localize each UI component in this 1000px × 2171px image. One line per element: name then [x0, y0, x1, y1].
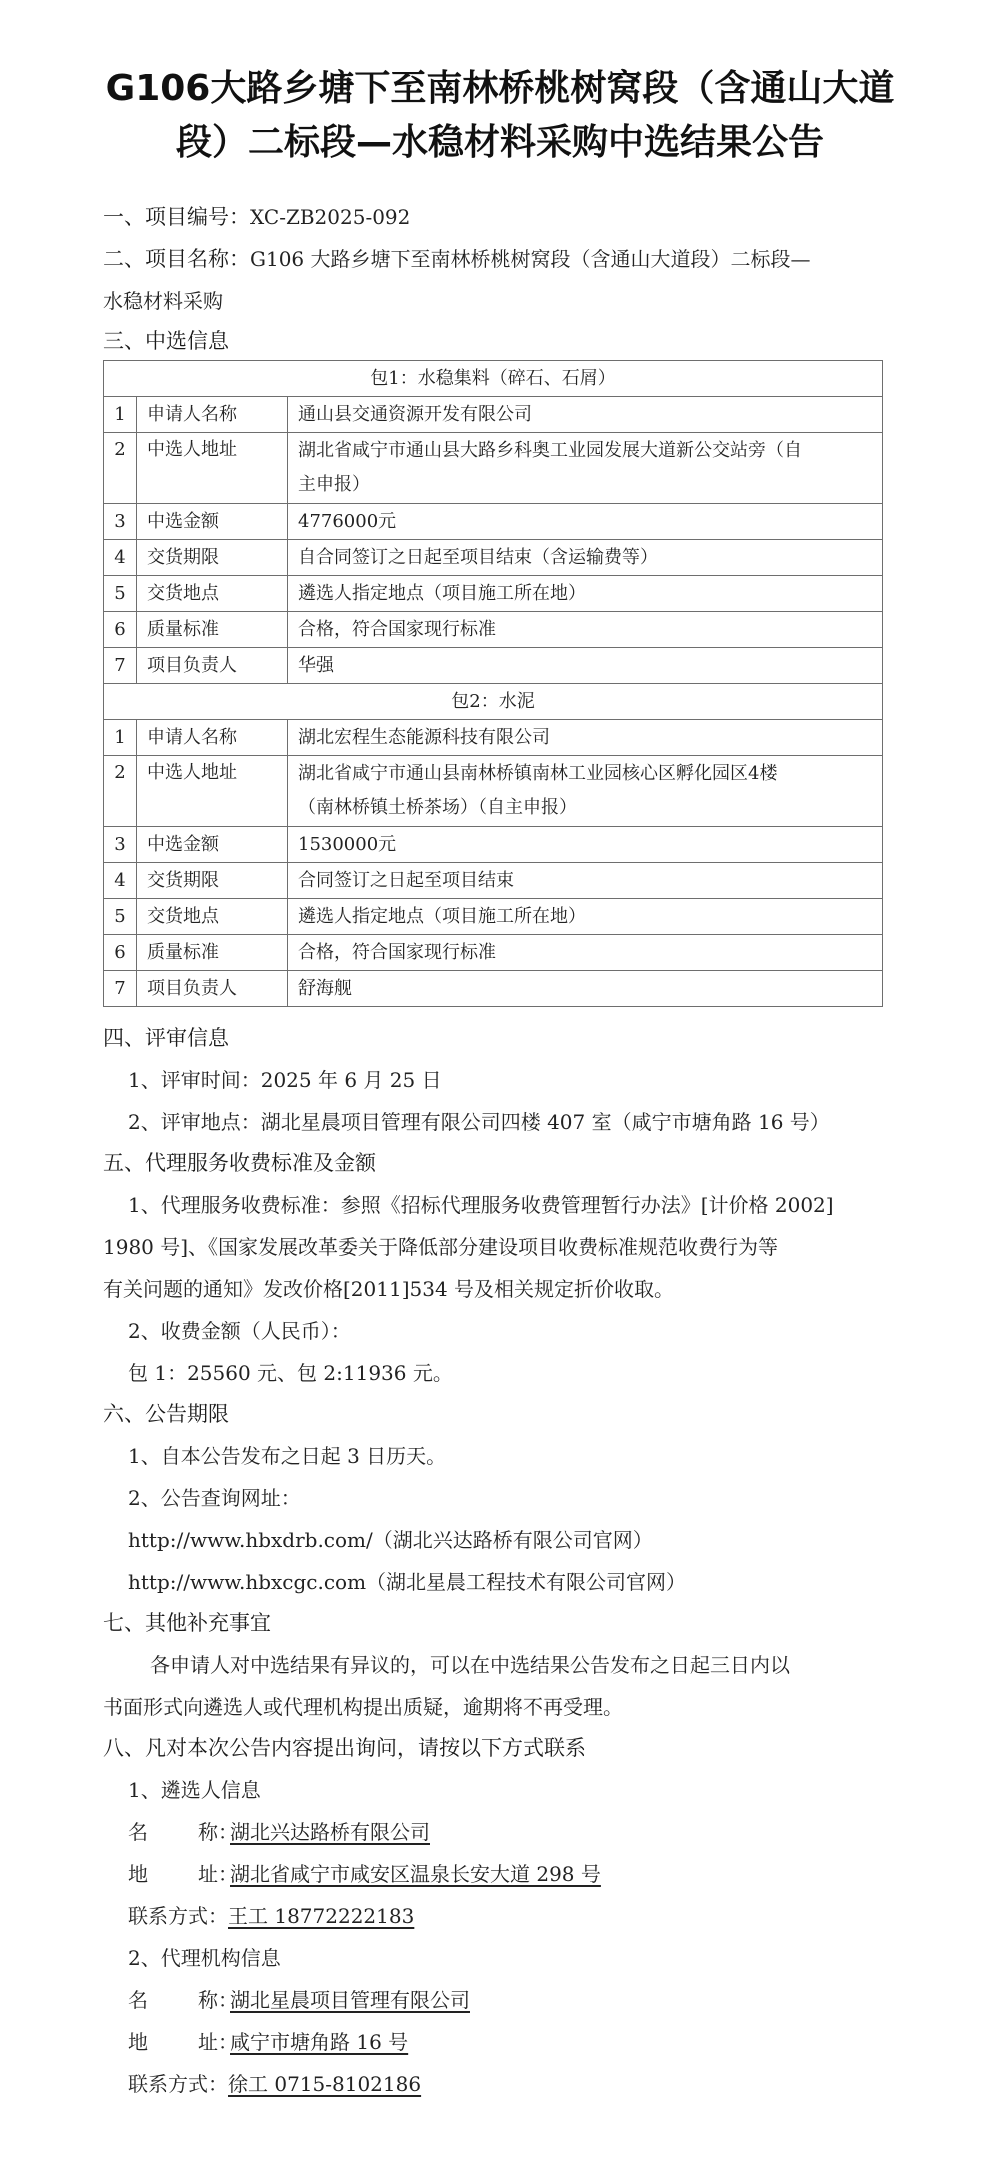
project-number-value: XC-ZB2025-092: [250, 205, 410, 229]
package-1-header: 包1：水稳集料（碎石、石屑）: [104, 361, 883, 397]
fee-standard-line-1: 1、代理服务收费标准：参照《招标代理服务收费管理暂行办法》[计价格 2002]: [128, 1191, 834, 1219]
project-name: 二、项目名称：G106 大路乡塘下至南林桥桃树窝段（含通山大道段）二标段—: [103, 245, 811, 273]
fee-standard-line-2: 1980 号]、《国家发展改革委关于降低部分建设项目收费标准规范收费行为等: [103, 1233, 778, 1261]
agency-info-heading: 2、代理机构信息: [128, 1944, 281, 1972]
row-value: 合同签订之日起至项目结束: [288, 863, 883, 899]
fee-amount-value: 包 1：25560 元、包 2:11936 元。: [128, 1359, 453, 1387]
row-key: 交货地点: [137, 899, 288, 935]
row-number: 2: [104, 433, 137, 504]
project-name-value-2: 水稳材料采购: [103, 289, 223, 313]
row-number: 7: [104, 648, 137, 684]
table-row: 2 中选人地址 湖北省咸宁市通山县南林桥镇南林工业园核心区孵化园区4楼 （南林桥…: [104, 756, 883, 827]
table-row: 1 申请人名称 湖北宏程生态能源科技有限公司: [104, 720, 883, 756]
row-key: 项目负责人: [137, 648, 288, 684]
review-time: 1、评审时间：2025 年 6 月 25 日: [128, 1066, 442, 1094]
selector-address-row: 地址：湖北省咸宁市咸安区温泉长安大道 298 号: [128, 1860, 601, 1888]
row-key: 中选人地址: [137, 756, 288, 827]
agency-contact: 徐工 0715-8102186: [228, 2072, 421, 2096]
agency-contact-row: 联系方式：徐工 0715-8102186: [128, 2070, 421, 2098]
row-key: 中选人地址: [137, 433, 288, 504]
row-value-line: 湖北省咸宁市通山县大路乡科奥工业园发展大道新公交站旁（自: [298, 434, 872, 468]
project-name-label: 二、项目名称：: [103, 247, 250, 271]
project-number: 一、项目编号：XC-ZB2025-092: [103, 203, 410, 231]
row-value: 湖北省咸宁市通山县大路乡科奥工业园发展大道新公交站旁（自 主申报）: [288, 433, 883, 504]
label-char: 地: [128, 1860, 148, 1888]
row-number: 4: [104, 863, 137, 899]
selector-name: 湖北兴达路桥有限公司: [230, 1820, 430, 1844]
row-number: 1: [104, 720, 137, 756]
table-row: 2 中选人地址 湖北省咸宁市通山县大路乡科奥工业园发展大道新公交站旁（自 主申报…: [104, 433, 883, 504]
row-value: 遴选人指定地点（项目施工所在地）: [288, 899, 883, 935]
row-number: 3: [104, 827, 137, 863]
project-name-value-1: G106 大路乡塘下至南林桥桃树窝段（含通山大道段）二标段—: [250, 247, 811, 271]
address-label: 地址：: [128, 2028, 230, 2056]
section-heading-other: 七、其他补充事宜: [103, 1609, 271, 1637]
label-char: 名: [128, 1818, 148, 1846]
row-value: 通山县交通资源开发有限公司: [288, 397, 883, 433]
package-title: 包1：水稳集料（碎石、石屑）: [104, 361, 883, 397]
project-number-label: 一、项目编号：: [103, 205, 250, 229]
name-label: 名称：: [128, 1818, 230, 1846]
row-number: 4: [104, 540, 137, 576]
row-value-line: 湖北省咸宁市通山县南林桥镇南林工业园核心区孵化园区4楼: [298, 757, 872, 791]
title-line-1: G106大路乡塘下至南林桥桃树窝段（含通山大道: [0, 62, 1000, 116]
row-number: 3: [104, 504, 137, 540]
section-heading-selection: 三、中选信息: [103, 327, 229, 355]
row-key: 交货期限: [137, 540, 288, 576]
selector-name-row: 名称：湖北兴达路桥有限公司: [128, 1818, 430, 1846]
row-value: 湖北省咸宁市通山县南林桥镇南林工业园核心区孵化园区4楼 （南林桥镇土桥茶场）（自…: [288, 756, 883, 827]
contact-label: 联系方式：: [128, 2072, 228, 2096]
table-row: 3 中选金额 1530000元: [104, 827, 883, 863]
row-value: 合格，符合国家现行标准: [288, 935, 883, 971]
query-url-1-link[interactable]: http://www.hbxdrb.com/（湖北兴达路桥有限公司官网）: [128, 1526, 653, 1554]
table-row: 4 交货期限 自合同签订之日起至项目结束（含运输费等）: [104, 540, 883, 576]
page-title: G106大路乡塘下至南林桥桃树窝段（含通山大道 段）二标段—水稳材料采购中选结果…: [0, 62, 1000, 170]
row-key: 中选金额: [137, 827, 288, 863]
label-char: 地: [128, 2028, 148, 2056]
fee-standard-line-3: 有关问题的通知》发改价格[2011]534 号及相关规定折价收取。: [103, 1275, 674, 1303]
row-number: 6: [104, 935, 137, 971]
row-value: 舒海舰: [288, 971, 883, 1007]
row-key: 申请人名称: [137, 397, 288, 433]
row-number: 5: [104, 899, 137, 935]
agency-address: 咸宁市塘角路 16 号: [230, 2030, 408, 2054]
row-key: 项目负责人: [137, 971, 288, 1007]
contact-label: 联系方式：: [128, 1904, 228, 1928]
selector-contact-row: 联系方式：王工 18772222183: [128, 1902, 414, 1930]
table-row: 7 项目负责人 舒海舰: [104, 971, 883, 1007]
row-value: 4776000元: [288, 504, 883, 540]
row-value-line: 主申报）: [298, 468, 872, 502]
package-2-header: 包2：水泥: [104, 684, 883, 720]
project-name-cont: 水稳材料采购: [103, 287, 223, 315]
table-row: 3 中选金额 4776000元: [104, 504, 883, 540]
section-heading-fees: 五、代理服务收费标准及金额: [103, 1149, 376, 1177]
row-number: 6: [104, 612, 137, 648]
agency-name-row: 名称：湖北星晨项目管理有限公司: [128, 1986, 470, 2014]
row-key: 质量标准: [137, 935, 288, 971]
package-title: 包2：水泥: [104, 684, 883, 720]
query-url-label: 2、公告查询网址：: [128, 1484, 301, 1512]
table-row: 1 申请人名称 通山县交通资源开发有限公司: [104, 397, 883, 433]
table-row: 5 交货地点 遴选人指定地点（项目施工所在地）: [104, 576, 883, 612]
agency-address-row: 地址：咸宁市塘角路 16 号: [128, 2028, 408, 2056]
section-heading-period: 六、公告期限: [103, 1400, 229, 1428]
section-heading-contact: 八、凡对本次公告内容提出询问，请按以下方式联系: [103, 1734, 586, 1762]
row-key: 质量标准: [137, 612, 288, 648]
review-location: 2、评审地点：湖北星晨项目管理有限公司四楼 407 室（咸宁市塘角路 16 号）: [128, 1108, 830, 1136]
selector-contact: 王工 18772222183: [228, 1904, 414, 1928]
row-key: 申请人名称: [137, 720, 288, 756]
title-line-2: 段）二标段—水稳材料采购中选结果公告: [0, 116, 1000, 170]
table-row: 6 质量标准 合格，符合国家现行标准: [104, 935, 883, 971]
row-value: 华强: [288, 648, 883, 684]
selection-table: 包1：水稳集料（碎石、石屑） 1 申请人名称 通山县交通资源开发有限公司 2 中…: [103, 360, 883, 1007]
table-row: 7 项目负责人 华强: [104, 648, 883, 684]
address-label: 地址：: [128, 1860, 230, 1888]
selector-address: 湖北省咸宁市咸安区温泉长安大道 298 号: [230, 1862, 601, 1886]
fee-amount-label: 2、收费金额（人民币）：: [128, 1317, 351, 1345]
row-value: 合格，符合国家现行标准: [288, 612, 883, 648]
row-number: 2: [104, 756, 137, 827]
row-value: 遴选人指定地点（项目施工所在地）: [288, 576, 883, 612]
row-value-line: （南林桥镇土桥茶场）（自主申报）: [298, 791, 872, 825]
row-number: 1: [104, 397, 137, 433]
row-value: 1530000元: [288, 827, 883, 863]
query-url-2-link[interactable]: http://www.hbxcgc.com（湖北星晨工程技术有限公司官网）: [128, 1568, 686, 1596]
row-key: 交货期限: [137, 863, 288, 899]
section-heading-review: 四、评审信息: [103, 1024, 229, 1052]
objection-line-1: 各申请人对中选结果有异议的，可以在中选结果公告发布之日起三日内以: [150, 1651, 790, 1679]
selector-info-heading: 1、遴选人信息: [128, 1776, 261, 1804]
objection-line-2: 书面形式向遴选人或代理机构提出质疑，逾期将不再受理。: [103, 1693, 623, 1721]
row-key: 交货地点: [137, 576, 288, 612]
row-number: 5: [104, 576, 137, 612]
row-value: 自合同签订之日起至项目结束（含运输费等）: [288, 540, 883, 576]
row-number: 7: [104, 971, 137, 1007]
row-key: 中选金额: [137, 504, 288, 540]
period-duration: 1、自本公告发布之日起 3 日历天。: [128, 1442, 446, 1470]
row-value: 湖北宏程生态能源科技有限公司: [288, 720, 883, 756]
name-label: 名称：: [128, 1986, 230, 2014]
agency-name: 湖北星晨项目管理有限公司: [230, 1988, 470, 2012]
table-row: 6 质量标准 合格，符合国家现行标准: [104, 612, 883, 648]
label-char: 名: [128, 1986, 148, 2014]
table-row: 5 交货地点 遴选人指定地点（项目施工所在地）: [104, 899, 883, 935]
table-row: 4 交货期限 合同签订之日起至项目结束: [104, 863, 883, 899]
